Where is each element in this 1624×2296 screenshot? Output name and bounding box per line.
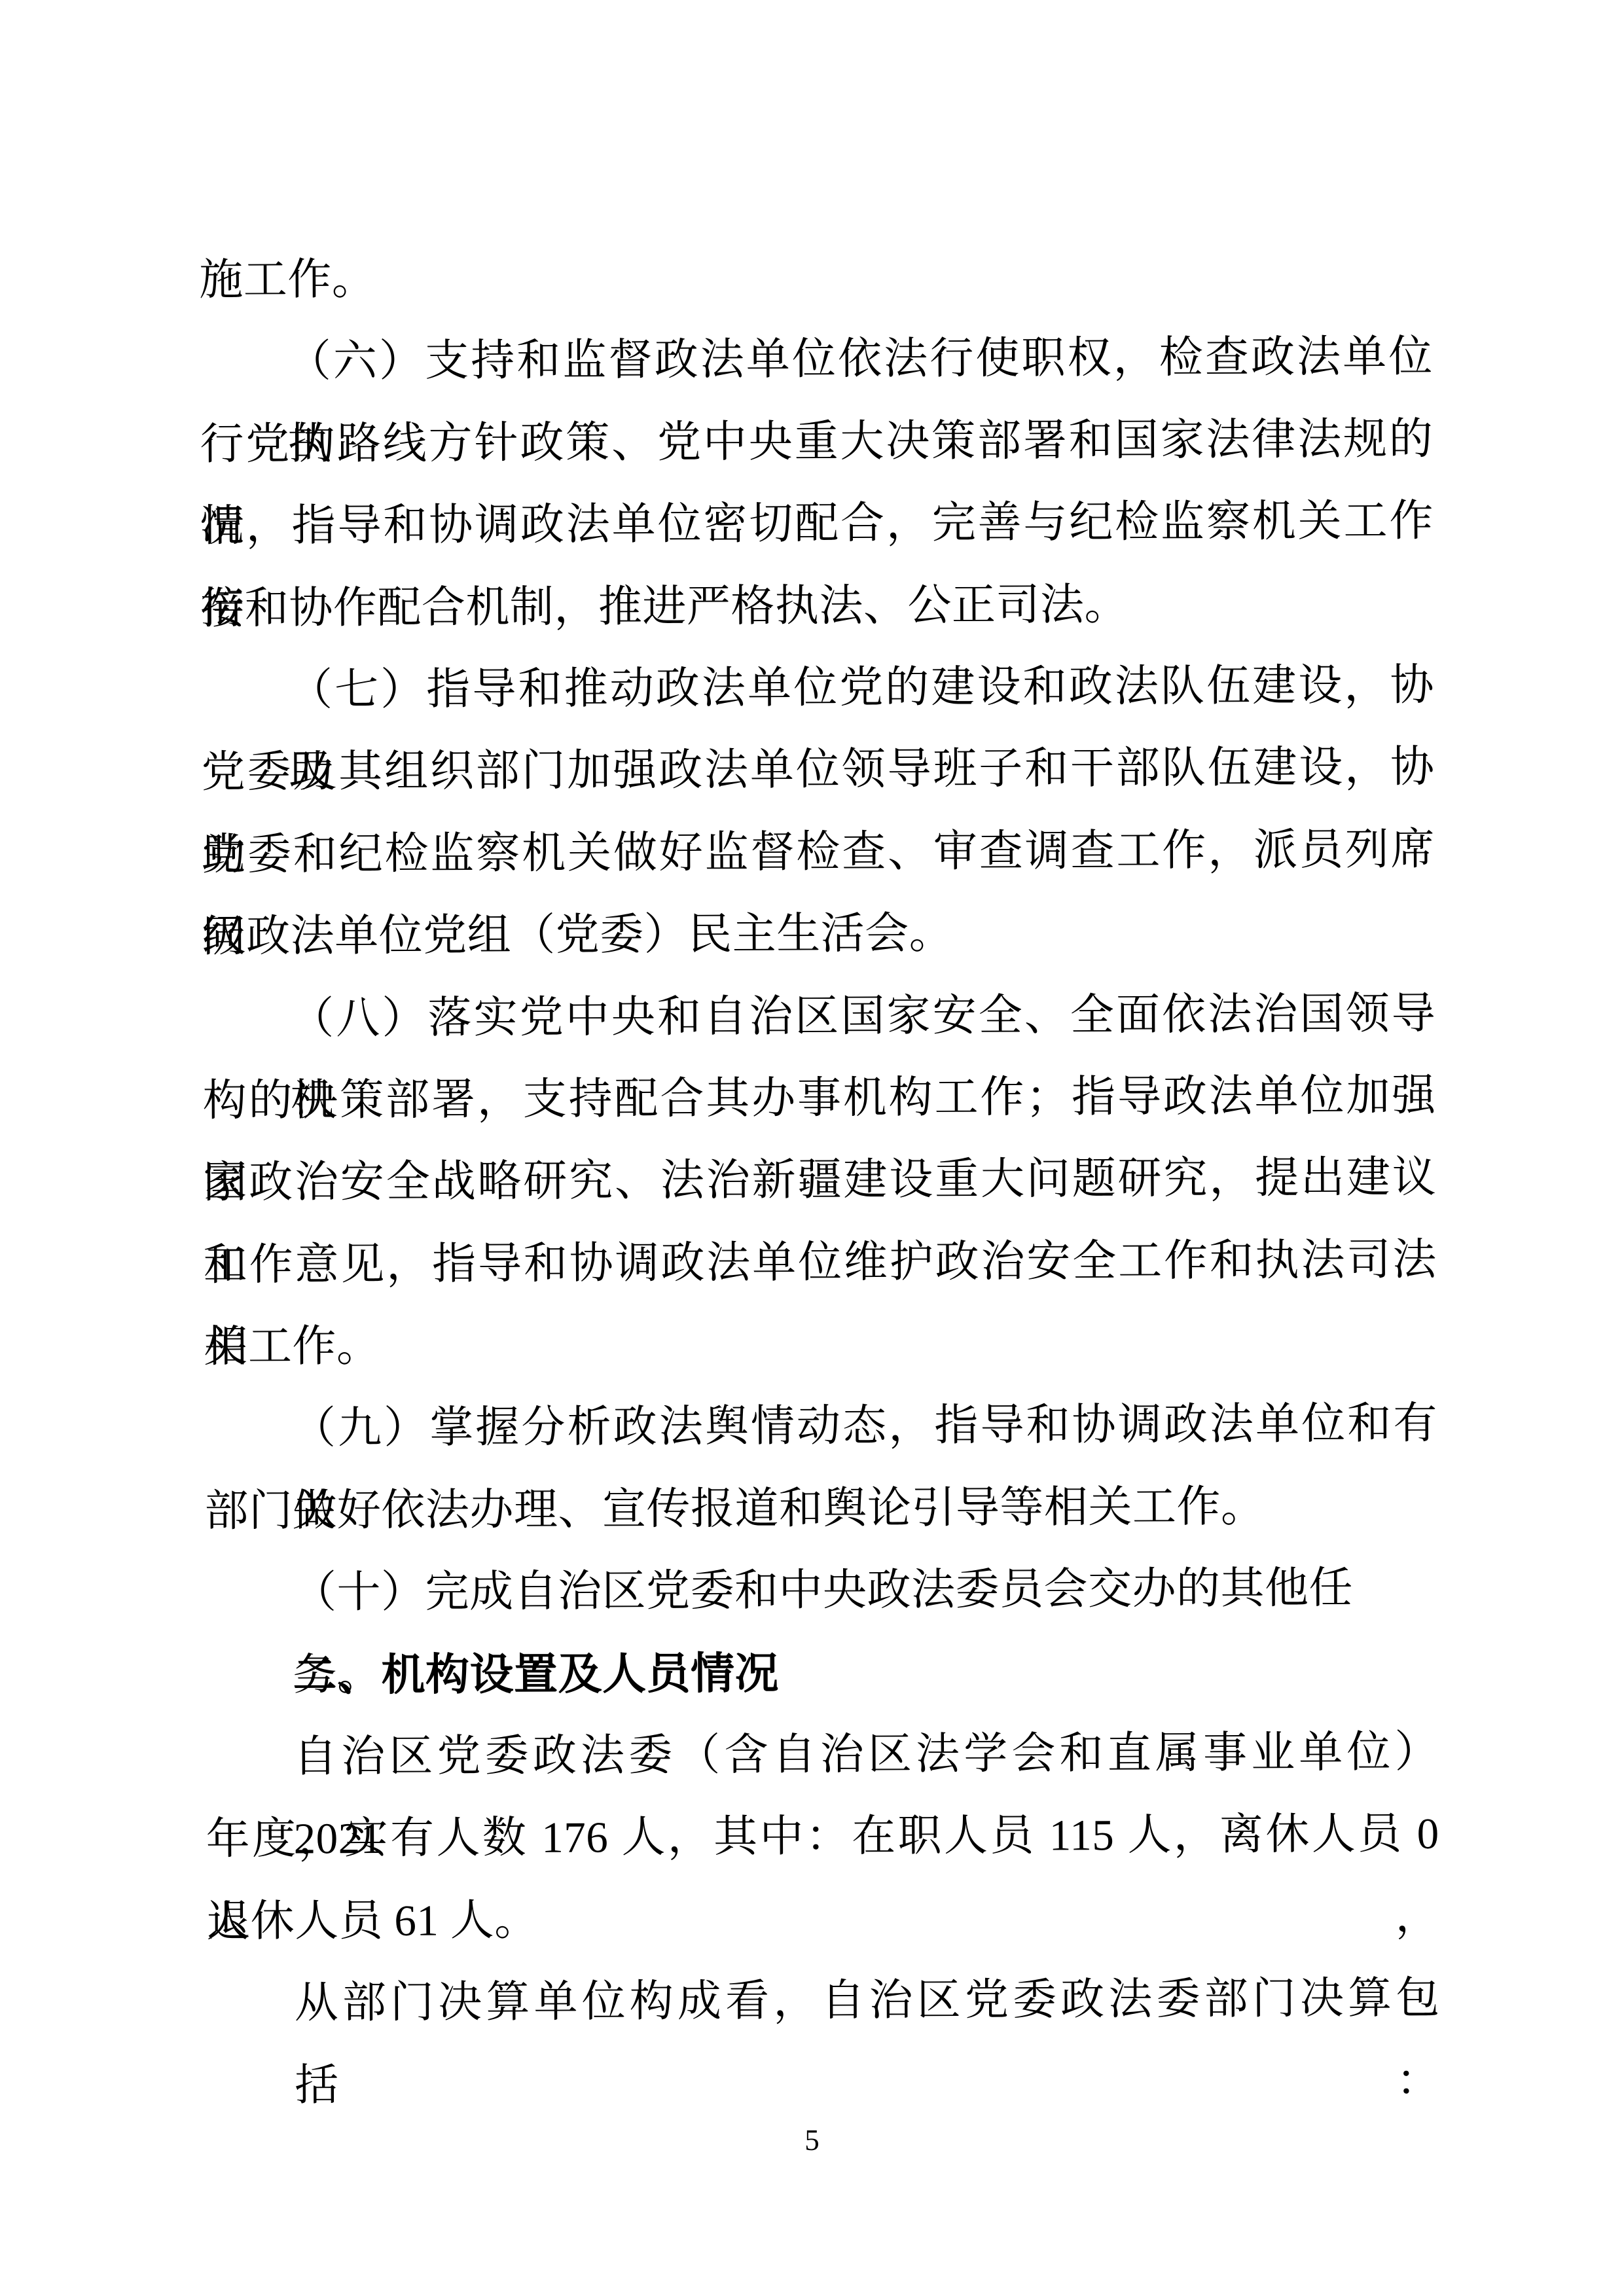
text-line: （八）落实党中央和自治区国家安全、全面依法治国领导机 (202, 973, 1436, 1060)
text-line: 关工作。 (204, 1301, 1437, 1389)
text-line: 行党的路线方针政策、党中央重大决策部署和国家法律法规的情 (200, 399, 1434, 486)
text-line: 从部门决算单位构成看，自治区党委政法委部门决算包括： (206, 1958, 1440, 2045)
text-line: 自治区党委政法委（含自治区法学会和直属事业单位）2021 (206, 1712, 1439, 1799)
text-line: （十）完成自治区党委和中央政法委员会交办的其他任务。 (205, 1547, 1439, 1635)
text-line: 党委和纪检监察机关做好监督检查、审查调查工作，派员列席同 (202, 809, 1435, 897)
document-body: 施工作。（六）支持和监督政法单位依法行使职权，检查政法单位执行党的路线方针政策、… (199, 234, 1440, 2045)
text-line: （七）指导和推动政法单位党的建设和政法队伍建设，协助 (201, 645, 1435, 732)
text-line: （九）掌握分析政法舆情动态，指导和协调政法单位和有关 (204, 1383, 1438, 1471)
page-footer: 5 (0, 2121, 1624, 2160)
document-page: 施工作。（六）支持和监督政法单位依法行使职权，检查政法单位执行党的路线方针政策、… (0, 0, 1624, 2296)
text-line: 施工作。 (199, 234, 1433, 322)
text-line: 工作意见，指导和协调政法单位维护政治安全工作和执法司法相 (204, 1219, 1437, 1307)
page-number: 5 (804, 2124, 820, 2157)
text-line: 年度，实有人数 176 人，其中：在职人员 115 人，离休人员 0 人， (206, 1793, 1439, 1881)
section-heading: 二、机构设置及人员情况 (205, 1630, 1439, 1717)
text-line: 构的决策部署，支持配合其办事机构工作；指导政法单位加强国 (202, 1055, 1436, 1143)
text-line: 况，指导和协调政法单位密切配合，完善与纪检监察机关工作衔 (200, 480, 1434, 568)
text-line: 家政治安全战略研究、法治新疆建设重大问题研究，提出建议和 (203, 1137, 1437, 1225)
text-line: 级政法单位党组（党委）民主生活会。 (202, 891, 1435, 978)
text-line: 部门做好依法办理、宣传报道和舆论引导等相关工作。 (204, 1465, 1438, 1553)
text-line: 党委及其组织部门加强政法单位领导班子和干部队伍建设，协助 (201, 726, 1435, 814)
text-line: 接和协作配合机制，推进严格执法、公正司法。 (200, 562, 1434, 650)
text-line: （六）支持和监督政法单位依法行使职权，检查政法单位执 (200, 316, 1434, 404)
